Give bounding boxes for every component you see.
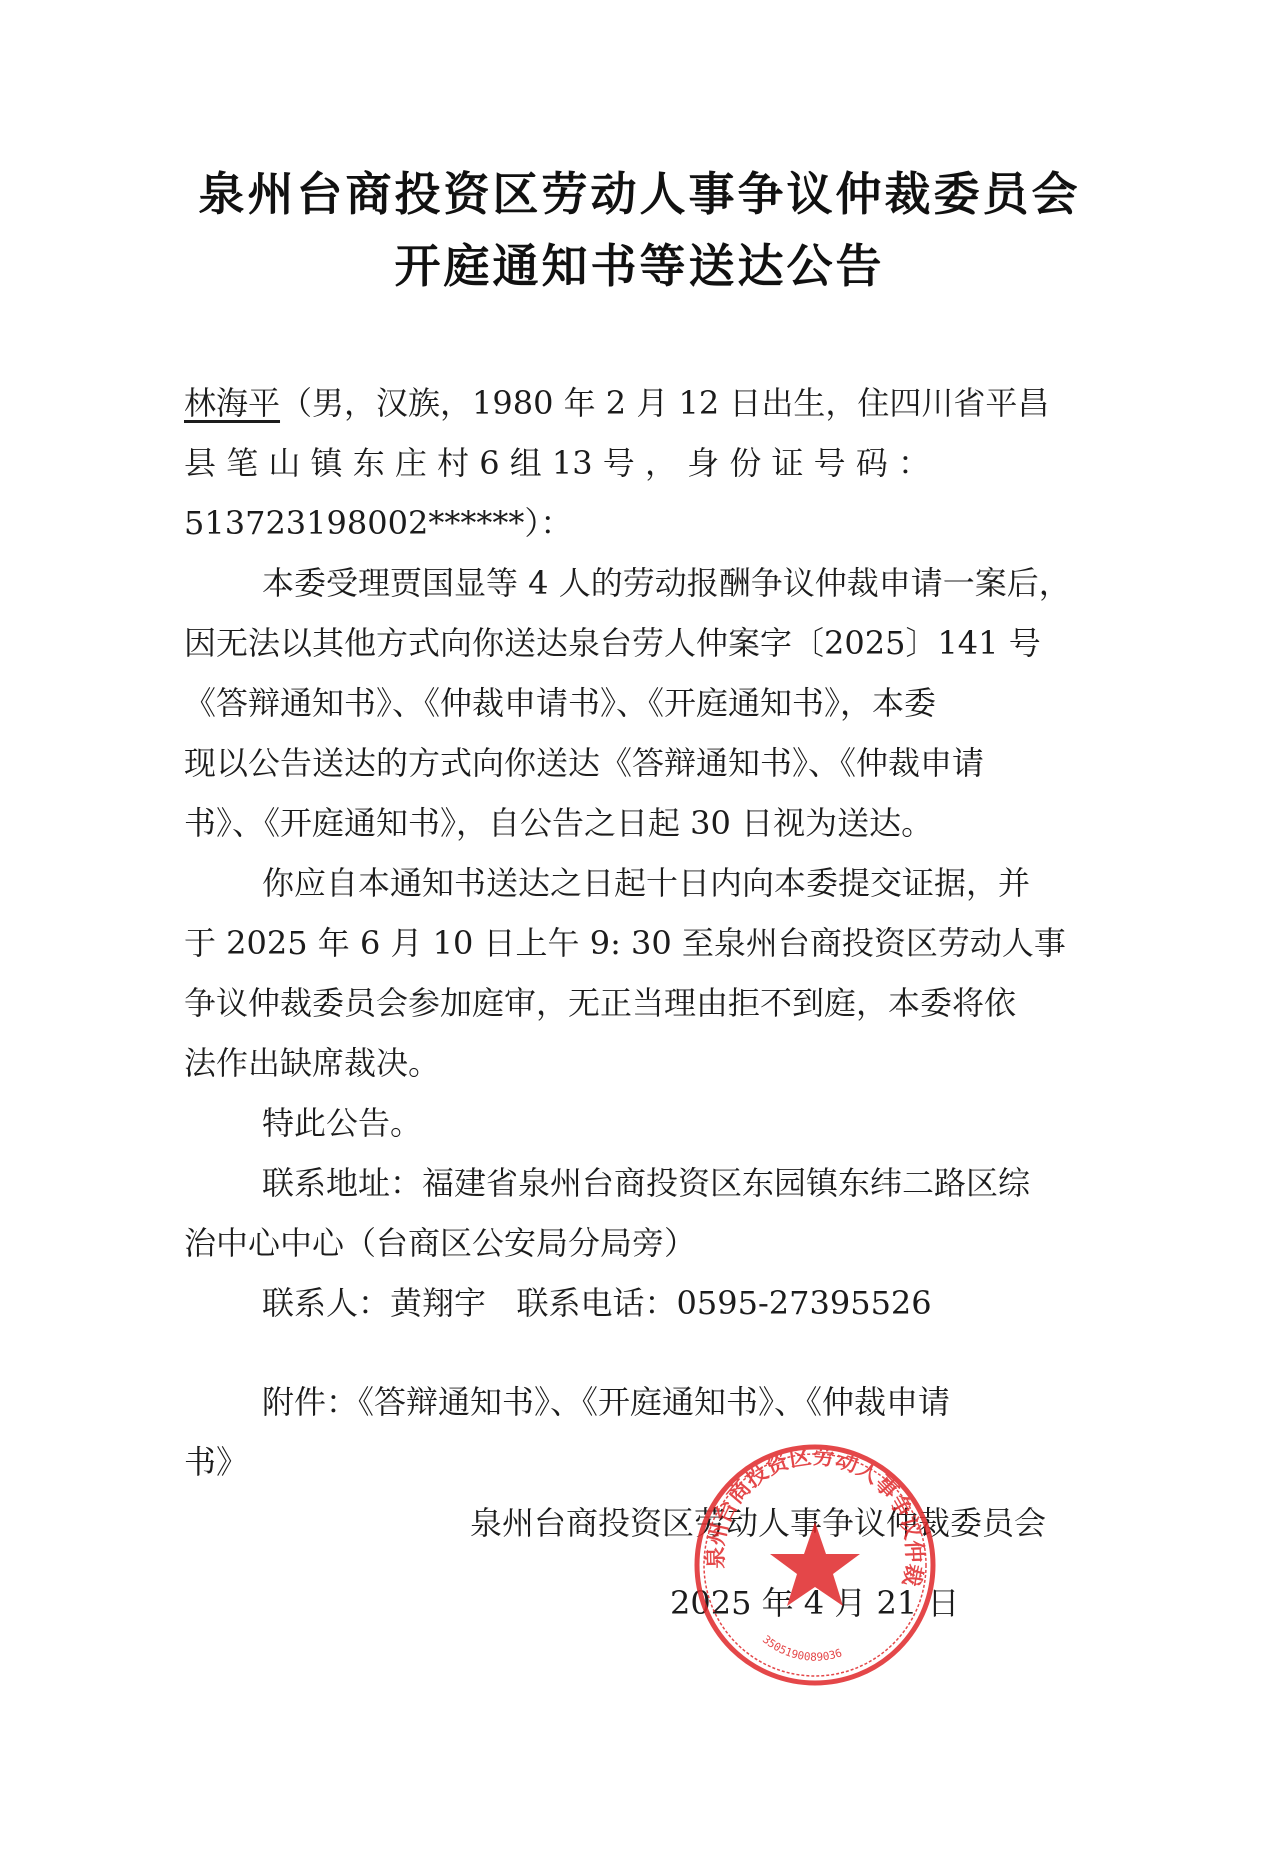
paragraph2-line3: 争议仲裁委员会参加庭审，无正当理由拒不到庭，本委将依 <box>184 983 1100 1023</box>
paragraph1-line2: 因无法以其他方式向你送达泉台劳人仲案字〔2025〕141 号 <box>184 623 1100 663</box>
paragraph1-line1: 本委受理贾国显等 4 人的劳动报酬争议仲裁申请一案后， <box>262 563 1100 603</box>
closing-statement: 特此公告。 <box>262 1103 1100 1143</box>
signature-date: 2025 年 4 月 21 日 <box>670 1583 959 1623</box>
paragraph1-line5: 书》、《开庭通知书》，自公告之日起 30 日视为送达。 <box>184 803 1100 843</box>
signature-organization: 泉州台商投资区劳动人事争议仲裁委员会 <box>470 1503 1046 1543</box>
paragraph1-line4: 现以公告送达的方式向你送达《答辩通知书》、《仲裁申请 <box>184 743 1100 783</box>
recipient-name: 林海平 <box>184 384 280 422</box>
page-title-line1: 泉州台商投资区劳动人事争议仲裁委员会 <box>0 158 1279 224</box>
recipient-details: （男，汉族，1980 年 2 月 12 日出生，住四川省平昌 <box>280 384 1049 422</box>
paragraph1-line3: 《答辩通知书》、《仲裁申请书》、《开庭通知书》，本委 <box>184 683 1100 723</box>
svg-text:3505190089036: 3505190089036 <box>760 1633 844 1664</box>
paragraph2-line4: 法作出缺席裁决。 <box>184 1043 1100 1083</box>
paragraph2-line2: 于 2025 年 6 月 10 日上午 9: 30 至泉州台商投资区劳动人事 <box>184 923 1100 963</box>
page-title-line2: 开庭通知书等送达公告 <box>0 230 1279 296</box>
recipient-line1: 林海平（男，汉族，1980 年 2 月 12 日出生，住四川省平昌 <box>184 383 1100 423</box>
paragraph2-line1: 你应自本通知书送达之日起十日内向本委提交证据，并 <box>262 863 1100 903</box>
attachments-line2: 书》 <box>184 1442 1100 1482</box>
attachments-line1: 附件：《答辩通知书》、《开庭通知书》、《仲裁申请 <box>262 1382 1100 1422</box>
contact-address-line1: 联系地址：福建省泉州台商投资区东园镇东纬二路区综 <box>262 1163 1100 1203</box>
recipient-line3: 513723198002******）： <box>184 503 1100 543</box>
contact-address-line2: 治中心中心（台商区公安局分局旁） <box>184 1223 1100 1263</box>
contact-person: 联系人：黄翔宇 联系电话：0595-27395526 <box>262 1283 1100 1323</box>
recipient-line2: 县 笔 山 镇 东 庄 村 6 组 13 号 ， 身 份 证 号 码 ： <box>184 443 1100 483</box>
